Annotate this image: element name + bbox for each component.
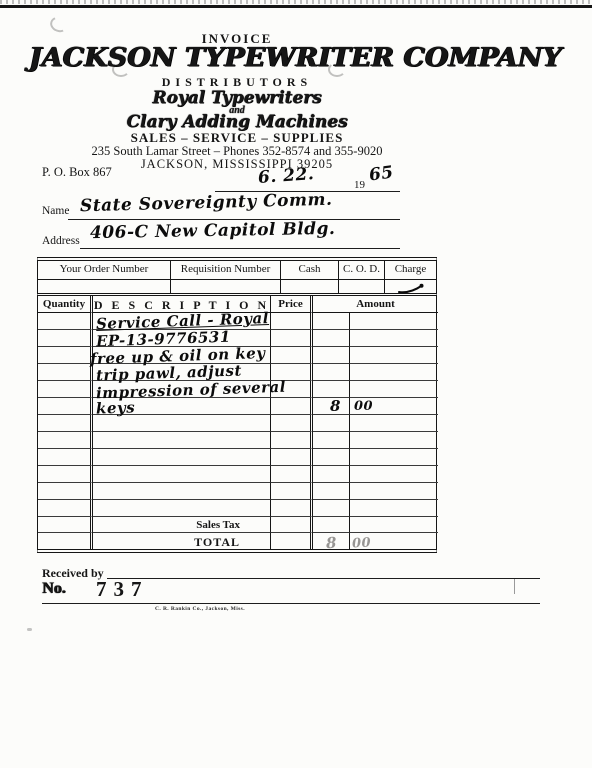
handwritten-date: 6. 22. [257, 164, 315, 188]
table-cell [271, 415, 313, 432]
handwritten-total-dollars: 8 [326, 534, 338, 553]
table-row [38, 483, 436, 500]
sales-tax-row: Sales Tax [38, 517, 436, 533]
table-cell [313, 381, 350, 398]
table-cell [271, 517, 313, 533]
table-cell [38, 466, 93, 483]
table-cell [38, 483, 93, 500]
product-line-clary: Clary Adding Machines [37, 112, 437, 132]
table-cell [350, 432, 438, 449]
cod-value [339, 279, 385, 294]
table-cell [350, 449, 438, 466]
table-cell [271, 483, 313, 500]
total-row: TOTAL [38, 533, 436, 549]
charge-value [385, 279, 436, 294]
table-row [38, 432, 436, 449]
scan-edge-dots [0, 0, 592, 4]
cash-value [281, 279, 339, 294]
table-cell [313, 500, 350, 517]
table-cell [350, 364, 438, 381]
items-table: Quantity D E S C R I P T I O N Price Amo… [37, 293, 437, 553]
col-price: Price [271, 296, 313, 313]
table-cell [350, 500, 438, 517]
po-box: P. O. Box 867 [42, 165, 112, 180]
table-cell [271, 533, 313, 549]
col-your-order-number: Your Order Number [38, 261, 171, 279]
order-header-row: Your Order Number Requisition Number Cas… [38, 261, 436, 279]
col-cash: Cash [281, 261, 339, 279]
table-cell [313, 330, 350, 347]
col-amount: Amount [313, 296, 438, 313]
handwritten-total-cents: 00 [352, 536, 372, 552]
table-cell [93, 432, 271, 449]
table-cell [38, 533, 93, 549]
scanned-invoice-page: INVOICE JACKSON TYPEWRITER COMPANY DISTR… [0, 0, 592, 768]
col-charge: Charge [385, 261, 436, 279]
received-by-line [107, 565, 540, 579]
table-cell [38, 347, 93, 364]
handwritten-year: 65 [368, 162, 395, 185]
table-cell [38, 398, 93, 415]
total-label: TOTAL [93, 533, 271, 549]
table-cell [93, 500, 271, 517]
col-cod: C. O. D. [339, 261, 385, 279]
table-cell [350, 483, 438, 500]
table-cell [313, 364, 350, 381]
table-cell [313, 347, 350, 364]
handwritten-amount-dollars: 8 [330, 397, 341, 415]
table-cell [93, 483, 271, 500]
table-cell [350, 381, 438, 398]
table-cell [93, 415, 271, 432]
table-cell [38, 415, 93, 432]
company-name: JACKSON TYPEWRITER COMPANY [29, 43, 445, 73]
name-label: Name [42, 205, 69, 217]
table-cell [38, 313, 93, 330]
table-cell [313, 415, 350, 432]
handwritten-address: 406-C New Capitol Bldg. [90, 219, 336, 243]
table-cell [93, 449, 271, 466]
table-cell [313, 483, 350, 500]
printer-credit: C. R. Rankin Co., Jackson, Miss. [100, 606, 300, 612]
col-quantity: Quantity [38, 296, 93, 313]
col-requisition-number: Requisition Number [171, 261, 281, 279]
table-cell [271, 313, 313, 330]
table-row [38, 500, 436, 517]
handwritten-description-line: keys [96, 398, 136, 417]
table-cell [313, 449, 350, 466]
table-cell [313, 517, 350, 533]
table-row [38, 466, 436, 483]
table-cell [38, 517, 93, 533]
table-cell [38, 449, 93, 466]
table-cell [313, 313, 350, 330]
table-cell [350, 347, 438, 364]
table-cell [350, 330, 438, 347]
table-cell [271, 449, 313, 466]
scan-speck [27, 628, 32, 631]
table-cell [38, 364, 93, 381]
footer-line [42, 590, 540, 604]
table-cell [38, 432, 93, 449]
sales-tax-label: Sales Tax [93, 517, 271, 533]
address-label: Address [42, 235, 80, 247]
table-cell [271, 330, 313, 347]
table-cell [313, 466, 350, 483]
table-cell [271, 466, 313, 483]
table-cell [271, 398, 313, 415]
table-cell [38, 330, 93, 347]
table-cell [350, 517, 438, 533]
table-cell [93, 466, 271, 483]
table-row [38, 449, 436, 466]
printed-19: 19 [354, 179, 365, 191]
table-cell [271, 432, 313, 449]
handwritten-amount-cents: 00 [354, 399, 373, 414]
order-info-table: Your Order Number Requisition Number Cas… [37, 257, 437, 294]
table-cell [350, 313, 438, 330]
scan-edge-line [0, 5, 592, 8]
table-cell [271, 347, 313, 364]
table-cell [350, 415, 438, 432]
your-order-number-value [38, 279, 171, 294]
order-values-row [38, 279, 436, 294]
requisition-number-value [171, 279, 281, 294]
table-cell [271, 500, 313, 517]
table-cell [38, 381, 93, 398]
table-cell [38, 500, 93, 517]
table-cell [350, 466, 438, 483]
received-by-label: Received by [42, 566, 104, 581]
table-cell [313, 432, 350, 449]
